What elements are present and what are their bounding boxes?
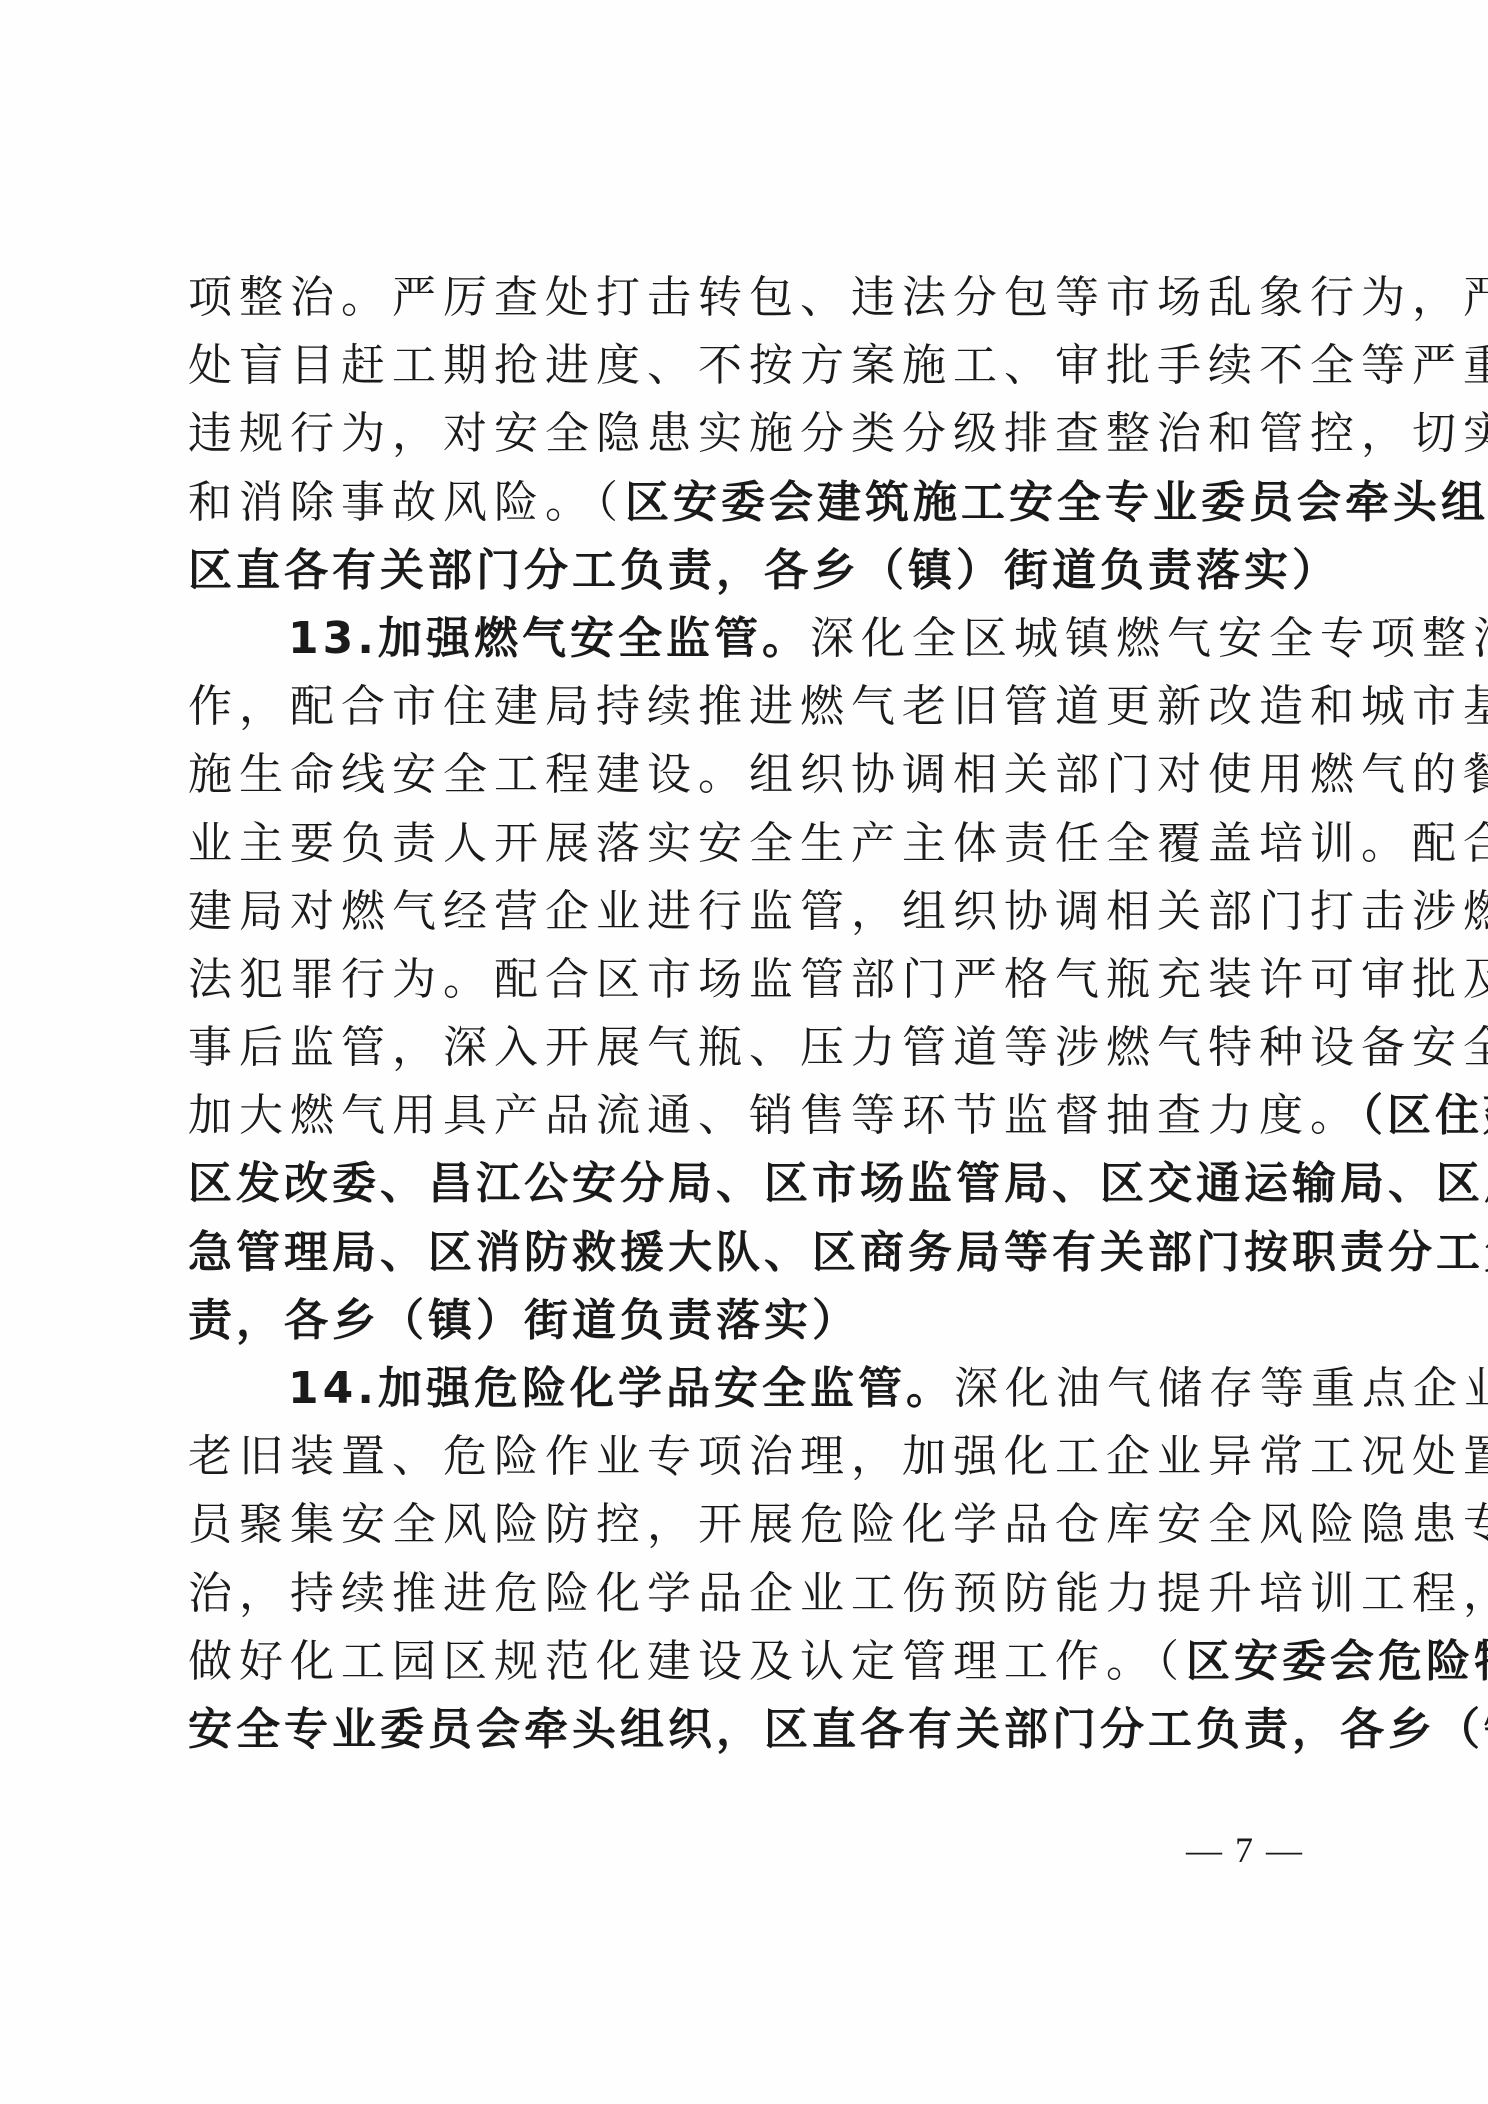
text-line-22: 安全专业委员会牵头组织，区直各有关部门分工负责，各乡（镇） (188, 1696, 1312, 1764)
text-line-3: 违规行为，对安全隐患实施分类分级排查整治和管控，切实降低 (188, 400, 1312, 468)
text-line-8: 施生命线安全工程建设。组织协调相关部门对使用燃气的餐饮企 (188, 741, 1312, 809)
regular-text: 项整治。严厉查处打击转包、违法分包等市场乱象行为，严查重 (188, 272, 1488, 323)
regular-text: 和消除事故风险。（ (188, 477, 625, 528)
regular-text: 治，持续推进危险化学品企业工伤预防能力提升培训工程，指导 (188, 1568, 1488, 1619)
responsible-party-text: 责，各乡（镇）街道负责落实） (188, 1295, 860, 1346)
regular-text: 处盲目赶工期抢进度、不按方案施工、审批手续不全等严重违法 (188, 340, 1488, 391)
text-line-16: 责，各乡（镇）街道负责落实） (188, 1287, 1312, 1355)
regular-text: 建局对燃气经营企业进行监管，组织协调相关部门打击涉燃气违 (188, 886, 1488, 937)
regular-text: 业主要负责人开展落实安全生产主体责任全覆盖培训。配合市住 (188, 818, 1488, 869)
section-heading-13: 13.加强燃气安全监管。 (288, 613, 810, 664)
text-line-18: 老旧装置、危险作业专项治理，加强化工企业异常工况处置和人 (188, 1423, 1312, 1491)
text-line-19: 员聚集安全风险防控，开展危险化学品仓库安全风险隐患专项整 (188, 1491, 1312, 1559)
page-number: — 7 — (1170, 1826, 1320, 1874)
text-line-1: 项整治。严厉查处打击转包、违法分包等市场乱象行为，严查重 (188, 264, 1312, 332)
regular-text: 员聚集安全风险防控，开展危险化学品仓库安全风险隐患专项整 (188, 1499, 1488, 1550)
responsible-party-text: 区安委会建筑施工安全专业委员会牵头组织， (625, 477, 1488, 528)
regular-text: 法犯罪行为。配合区市场监管部门严格气瓶充装许可审批及事中 (188, 954, 1488, 1005)
regular-text: 深化全区城镇燃气安全专项整治工 (810, 613, 1488, 664)
responsible-party-text: 区发改委、昌江公安分局、区市场监管局、区交通运输局、区应 (188, 1158, 1488, 1209)
text-line-15: 急管理局、区消防救援大队、区商务局等有关部门按职责分工负 (188, 1219, 1312, 1287)
regular-text: 老旧装置、危险作业专项治理，加强化工企业异常工况处置和人 (188, 1431, 1488, 1482)
regular-text: 深化油气储存等重点企业及 (954, 1363, 1488, 1414)
text-line-17: 14.加强危险化学品安全监管。深化油气储存等重点企业及 (188, 1355, 1312, 1423)
text-line-7: 作，配合市住建局持续推进燃气老旧管道更新改造和城市基础设 (188, 673, 1312, 741)
regular-text: 违规行为，对安全隐患实施分类分级排查整治和管控，切实降低 (188, 408, 1488, 459)
text-line-6: 13.加强燃气安全监管。深化全区城镇燃气安全专项整治工 (188, 605, 1312, 673)
responsible-party-text: 安全专业委员会牵头组织，区直各有关部门分工负责，各乡（镇） (188, 1704, 1488, 1755)
body-text: 项整治。严厉查处打击转包、违法分包等市场乱象行为，严查重 处盲目赶工期抢进度、不… (188, 264, 1312, 1764)
responsible-party-text: 区直各有关部门分工负责，各乡（镇）街道负责落实） (188, 545, 1340, 596)
text-line-14: 区发改委、昌江公安分局、区市场监管局、区交通运输局、区应 (188, 1150, 1312, 1218)
text-line-4: 和消除事故风险。（区安委会建筑施工安全专业委员会牵头组织， (188, 469, 1312, 537)
regular-text: 做好化工园区规范化建设及认定管理工作。（ (188, 1636, 1186, 1687)
text-line-10: 建局对燃气经营企业进行监管，组织协调相关部门打击涉燃气违 (188, 878, 1312, 946)
text-line-11: 法犯罪行为。配合区市场监管部门严格气瓶充装许可审批及事中 (188, 946, 1312, 1014)
regular-text: 事后监管，深入开展气瓶、压力管道等涉燃气特种设备安全监管。 (188, 1022, 1488, 1073)
text-line-9: 业主要负责人开展落实安全生产主体责任全覆盖培训。配合市住 (188, 810, 1312, 878)
regular-text: 作，配合市住建局持续推进燃气老旧管道更新改造和城市基础设 (188, 681, 1488, 732)
section-heading-14: 14.加强危险化学品安全监管。 (288, 1363, 954, 1414)
responsible-party-text: 区安委会危险物品 (1186, 1636, 1488, 1687)
text-line-13: 加大燃气用具产品流通、销售等环节监督抽查力度。（区住建局、 (188, 1082, 1312, 1150)
text-line-21: 做好化工园区规范化建设及认定管理工作。（区安委会危险物品 (188, 1628, 1312, 1696)
regular-text: 施生命线安全工程建设。组织协调相关部门对使用燃气的餐饮企 (188, 749, 1488, 800)
text-line-12: 事后监管，深入开展气瓶、压力管道等涉燃气特种设备安全监管。 (188, 1014, 1312, 1082)
text-line-5: 区直各有关部门分工负责，各乡（镇）街道负责落实） (188, 537, 1312, 605)
text-line-20: 治，持续推进危险化学品企业工伤预防能力提升培训工程，指导 (188, 1560, 1312, 1628)
regular-text: 加大燃气用具产品流通、销售等环节监督抽查力度。 (188, 1090, 1361, 1141)
text-line-2: 处盲目赶工期抢进度、不按方案施工、审批手续不全等严重违法 (188, 332, 1312, 400)
document-page: 项整治。严厉查处打击转包、违法分包等市场乱象行为，严查重 处盲目赶工期抢进度、不… (0, 0, 1488, 2104)
responsible-party-text: 急管理局、区消防救援大队、区商务局等有关部门按职责分工负 (188, 1227, 1488, 1278)
responsible-party-text: （区住建局、 (1361, 1090, 1488, 1141)
